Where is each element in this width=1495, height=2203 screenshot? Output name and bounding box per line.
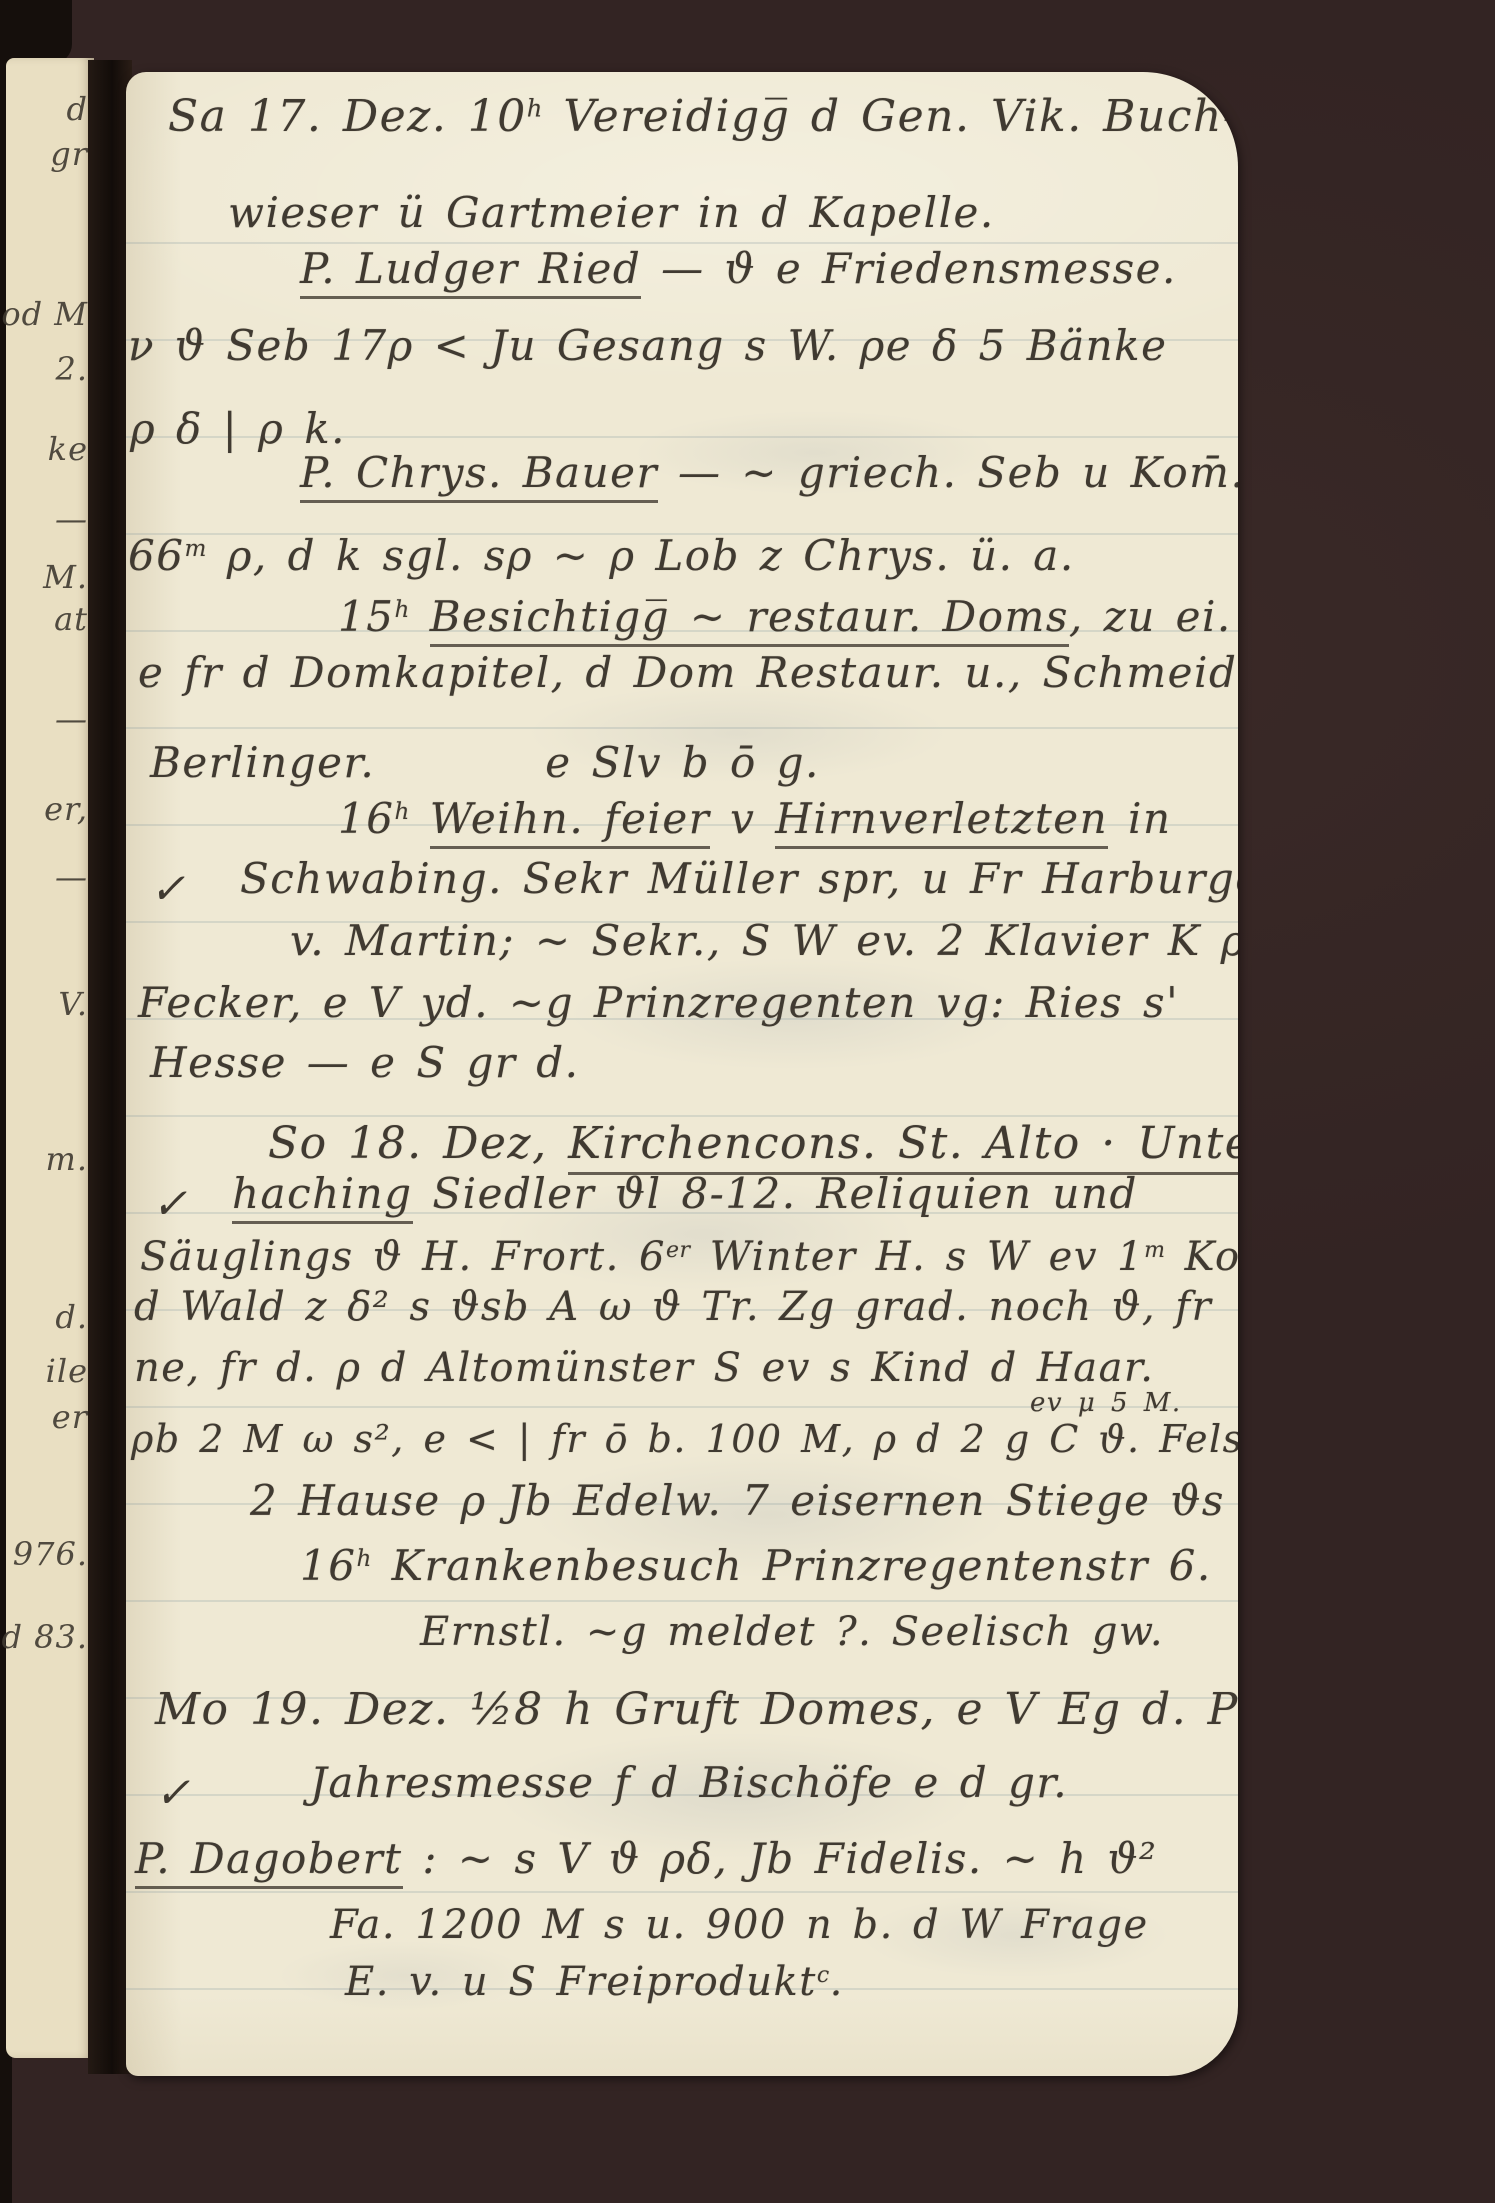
handwriting-text: ν ϑ Seb 17ρ < Ju Gesang s W. ρe δ 5 Bänk… [128, 321, 1167, 370]
handwriting-text: Winter H. s W ev 1 [691, 1234, 1145, 1280]
handwriting-text: 16 [300, 1541, 356, 1590]
page-edge-text-fragment: m. [45, 1140, 88, 1178]
handwriting-line: E. v. u S Freiproduktc. [345, 1962, 844, 2002]
handwriting-text: — ~ griech. Seb u Kom̄. ! [658, 448, 1238, 497]
handwriting-line: wieser ü Gartmeier in d Kapelle. [228, 192, 995, 234]
handwriting-text: . [830, 1959, 844, 2005]
handwriting-text: er [666, 1238, 691, 1263]
handwriting-text: d Wald z δ² s ϑsb A ω ϑ Tr. Zg grad. noc… [134, 1284, 1212, 1330]
handwriting-text [410, 592, 430, 641]
page-edge-text-fragment: er, [44, 790, 88, 828]
handwriting-text: — ϑ e Friedensmesse. [641, 244, 1177, 293]
handwriting-text: 16 [338, 794, 394, 843]
handwriting-text: Ernstl. ~g meldet ?. Seelisch gw. [420, 1609, 1164, 1655]
ruled-line [126, 1600, 1238, 1602]
underlined-text: P. Chrys. Bauer [300, 448, 658, 503]
handwriting-line: P. Chrys. Bauer — ~ griech. Seb u Kom̄. … [300, 452, 1238, 494]
handwriting-text: c [817, 1963, 830, 1988]
handwriting-text: So 18. Dez, [268, 1118, 568, 1169]
handwriting-text: 66 [128, 531, 184, 580]
page-edge-text-fragment: 2. [55, 350, 88, 388]
page-edge-text-fragment: V. [58, 985, 88, 1023]
handwriting-line: P. Dagobert : ~ s V ϑ ρδ, Jb Fidelis. ~ … [135, 1838, 1157, 1880]
handwriting-text: ρ δ | ρ k. [130, 404, 346, 453]
page-edge-text-fragment: 976. [13, 1535, 88, 1573]
handwriting-text: Vereidigg̅ d Gen. Vik. Buch- [543, 91, 1238, 142]
handwriting-text: Mo 19. Dez. ½8 h Gruft Domes, e V Eg d. … [155, 1684, 1238, 1735]
margin-checkmark-icon: ✓ [155, 1768, 190, 1817]
underlined-text: Besichtigg̅ ~ restaur. Doms [430, 592, 1069, 647]
handwriting-line: Säuglings ϑ H. Frort. 6er Winter H. s W … [140, 1237, 1238, 1277]
handwriting-text: ρ, d k sgl. sρ ~ ρ Lob z Chrys. ü. a. [207, 531, 1075, 580]
page-edge-text-fragment: ood M [0, 295, 88, 333]
page-edge-text-fragment: er [52, 1398, 88, 1436]
handwriting-text: Jahresmesse f d Bischöfe e d gr. [310, 1758, 1068, 1807]
handwriting-line: Fa. 1200 M s u. 900 n b. d W Frage [330, 1905, 1149, 1945]
handwriting-text: Schwabing. Sekr Müller spr, u Fr Harburg… [240, 854, 1238, 903]
handwriting-line: e fr d Domkapitel, d Dom Restaur. u., Sc… [138, 652, 1238, 694]
handwriting-text: h [394, 799, 409, 825]
book-cover-corner [0, 0, 72, 64]
handwriting-text: Fecker, e V yd. ~g Prinzregenten vg: Rie… [138, 978, 1179, 1027]
handwriting-text: v [710, 794, 775, 843]
ruled-line [126, 1115, 1238, 1117]
handwriting-text: in [1108, 794, 1171, 843]
handwriting-line: Sa 17. Dez. 10h Vereidigg̅ d Gen. Vik. B… [168, 95, 1238, 139]
handwriting-text: ρb 2 M ω s², e < | fr ō b. 100 M, ρ d 2 … [131, 1417, 1238, 1461]
page-edge-text-fragment: d. [55, 1298, 88, 1336]
handwriting-text: e Slv b ō g. [375, 738, 820, 787]
page-edge-text-fragment: — [55, 500, 88, 538]
handwriting-text: E. v. u S Freiprodukt [345, 1959, 817, 2005]
handwriting-line: v. Martin; ~ Sekr., S W ev. 2 Klavier K … [290, 920, 1238, 962]
handwriting-line: 16h Krankenbesuch Prinzregentenstr 6. [300, 1545, 1212, 1587]
handwriting-line: Berlinger.e Slv b ō g. [150, 742, 820, 784]
handwriting-text: Sa 17. Dez. 10 [168, 91, 527, 142]
handwriting-text: Kom̄. [1165, 1234, 1238, 1280]
underlined-text: P. Dagobert [135, 1834, 403, 1889]
handwriting-text: wieser ü Gartmeier in d Kapelle. [228, 188, 995, 237]
handwriting-line: Schwabing. Sekr Müller spr, u Fr Harburg… [240, 858, 1238, 900]
notebook-page: Sa 17. Dez. 10h Vereidigg̅ d Gen. Vik. B… [126, 72, 1238, 2076]
handwriting-line: So 18. Dez, Kirchencons. St. Alto · Unte… [268, 1122, 1238, 1166]
margin-checkmark-icon: ✓ [150, 864, 185, 913]
page-edge-text-fragment: — [55, 858, 88, 896]
handwriting-line: Hesse — e S gr d. [150, 1042, 580, 1084]
handwriting-text: m [184, 536, 206, 562]
handwriting-text: h [356, 1546, 371, 1572]
handwriting-line: 2 Hause ρ Jb Edelw. 7 eisernen Stiege ϑs [250, 1480, 1225, 1522]
handwriting-line: 15h Besichtigg̅ ~ restaur. Doms, zu ei. … [338, 596, 1238, 638]
handwriting-text: m [1144, 1238, 1165, 1263]
underlined-text: haching [232, 1169, 413, 1224]
handwriting-text: v. Martin; ~ Sekr., S W ev. 2 Klavier K … [290, 916, 1238, 965]
handwriting-text: , zu ei. Seb [1069, 592, 1238, 641]
page-edge-text-fragment: M. [43, 558, 88, 596]
underlined-text: Weihn. feier [430, 794, 711, 849]
handwriting-line: ν ϑ Seb 17ρ < Ju Gesang s W. ρe δ 5 Bänk… [128, 325, 1167, 367]
ruled-line [126, 1891, 1238, 1893]
handwriting-line: 66m ρ, d k sgl. sρ ~ ρ Lob z Chrys. ü. a… [128, 535, 1075, 577]
handwriting-text: ev μ 5 M. [1030, 1388, 1182, 1418]
page-edge-text-fragment: d 83. [1, 1618, 88, 1656]
handwriting-line: Ernstl. ~g meldet ?. Seelisch gw. [420, 1612, 1164, 1652]
handwriting-text: ne, fr d. ρ d Altomünster S ev s Kind d … [134, 1345, 1154, 1391]
margin-checkmark-icon: ✓ [152, 1179, 187, 1228]
handwriting-line: ρ δ | ρ k. [130, 408, 346, 450]
ruled-line [126, 727, 1238, 729]
handwriting-text: e fr d Domkapitel, d Dom Restaur. u., Sc… [138, 648, 1238, 697]
handwriting-line: P. Ludger Ried — ϑ e Friedensmesse. [300, 248, 1177, 290]
handwriting-text: : ~ s V ϑ ρδ, Jb Fidelis. ~ h ϑ² [403, 1834, 1158, 1883]
handwriting-line: Fecker, e V yd. ~g Prinzregenten vg: Rie… [138, 982, 1179, 1024]
previous-page-edge: dgrood M2.ke—M.at—er,—V.m.d.ileer976.d 8… [6, 58, 94, 2058]
handwriting-line: ρb 2 M ω s², e < | fr ō b. 100 M, ρ d 2 … [131, 1420, 1238, 1458]
handwriting-text: Fa. 1200 M s u. 900 n b. d W Frage [330, 1902, 1149, 1948]
handwriting-line: haching Siedler ϑl 8-12. Reliquien und [232, 1173, 1138, 1215]
handwriting-text: Berlinger. [150, 738, 375, 787]
underlined-text: Hirnverletzten [775, 794, 1108, 849]
underlined-text: P. Ludger Ried [300, 244, 641, 299]
page-edge-text-fragment: gr [50, 135, 88, 173]
page-edge-text-fragment: — [55, 700, 88, 738]
handwriting-line: d Wald z δ² s ϑsb A ω ϑ Tr. Zg grad. noc… [134, 1287, 1212, 1327]
handwriting-line: Mo 19. Dez. ½8 h Gruft Domes, e V Eg d. … [155, 1688, 1238, 1732]
handwriting-text: h [527, 94, 543, 122]
handwriting-line: ne, fr d. ρ d Altomünster S ev s Kind d … [134, 1348, 1154, 1388]
handwriting-text: 15 [338, 592, 394, 641]
handwriting-line: Jahresmesse f d Bischöfe e d gr. [310, 1762, 1068, 1804]
handwriting-text: Siedler ϑl 8-12. Reliquien und [413, 1169, 1138, 1218]
page-edge-text-fragment: d [67, 90, 88, 128]
handwriting-text: 2 Hause ρ Jb Edelw. 7 eisernen Stiege ϑs [250, 1476, 1225, 1525]
page-edge-text-fragment: at [54, 600, 88, 638]
handwriting-line: ev μ 5 M. [1030, 1390, 1182, 1416]
handwriting-line: 16h Weihn. feier v Hirnverletzten in [338, 798, 1172, 840]
underlined-text: Kirchencons. St. Alto · Unter- [568, 1118, 1238, 1175]
page-edge-text-fragment: ile [46, 1352, 88, 1390]
handwriting-text: h [394, 597, 409, 623]
handwriting-text: Säuglings ϑ H. Frort. 6 [140, 1234, 666, 1280]
handwriting-text [410, 794, 430, 843]
page-edge-text-fragment: ke [48, 430, 88, 468]
handwriting-text: Krankenbesuch Prinzregentenstr 6. [372, 1541, 1212, 1590]
handwriting-text: Hesse — e S gr d. [150, 1038, 580, 1087]
photo-backdrop: dgrood M2.ke—M.at—er,—V.m.d.ileer976.d 8… [0, 0, 1495, 2203]
